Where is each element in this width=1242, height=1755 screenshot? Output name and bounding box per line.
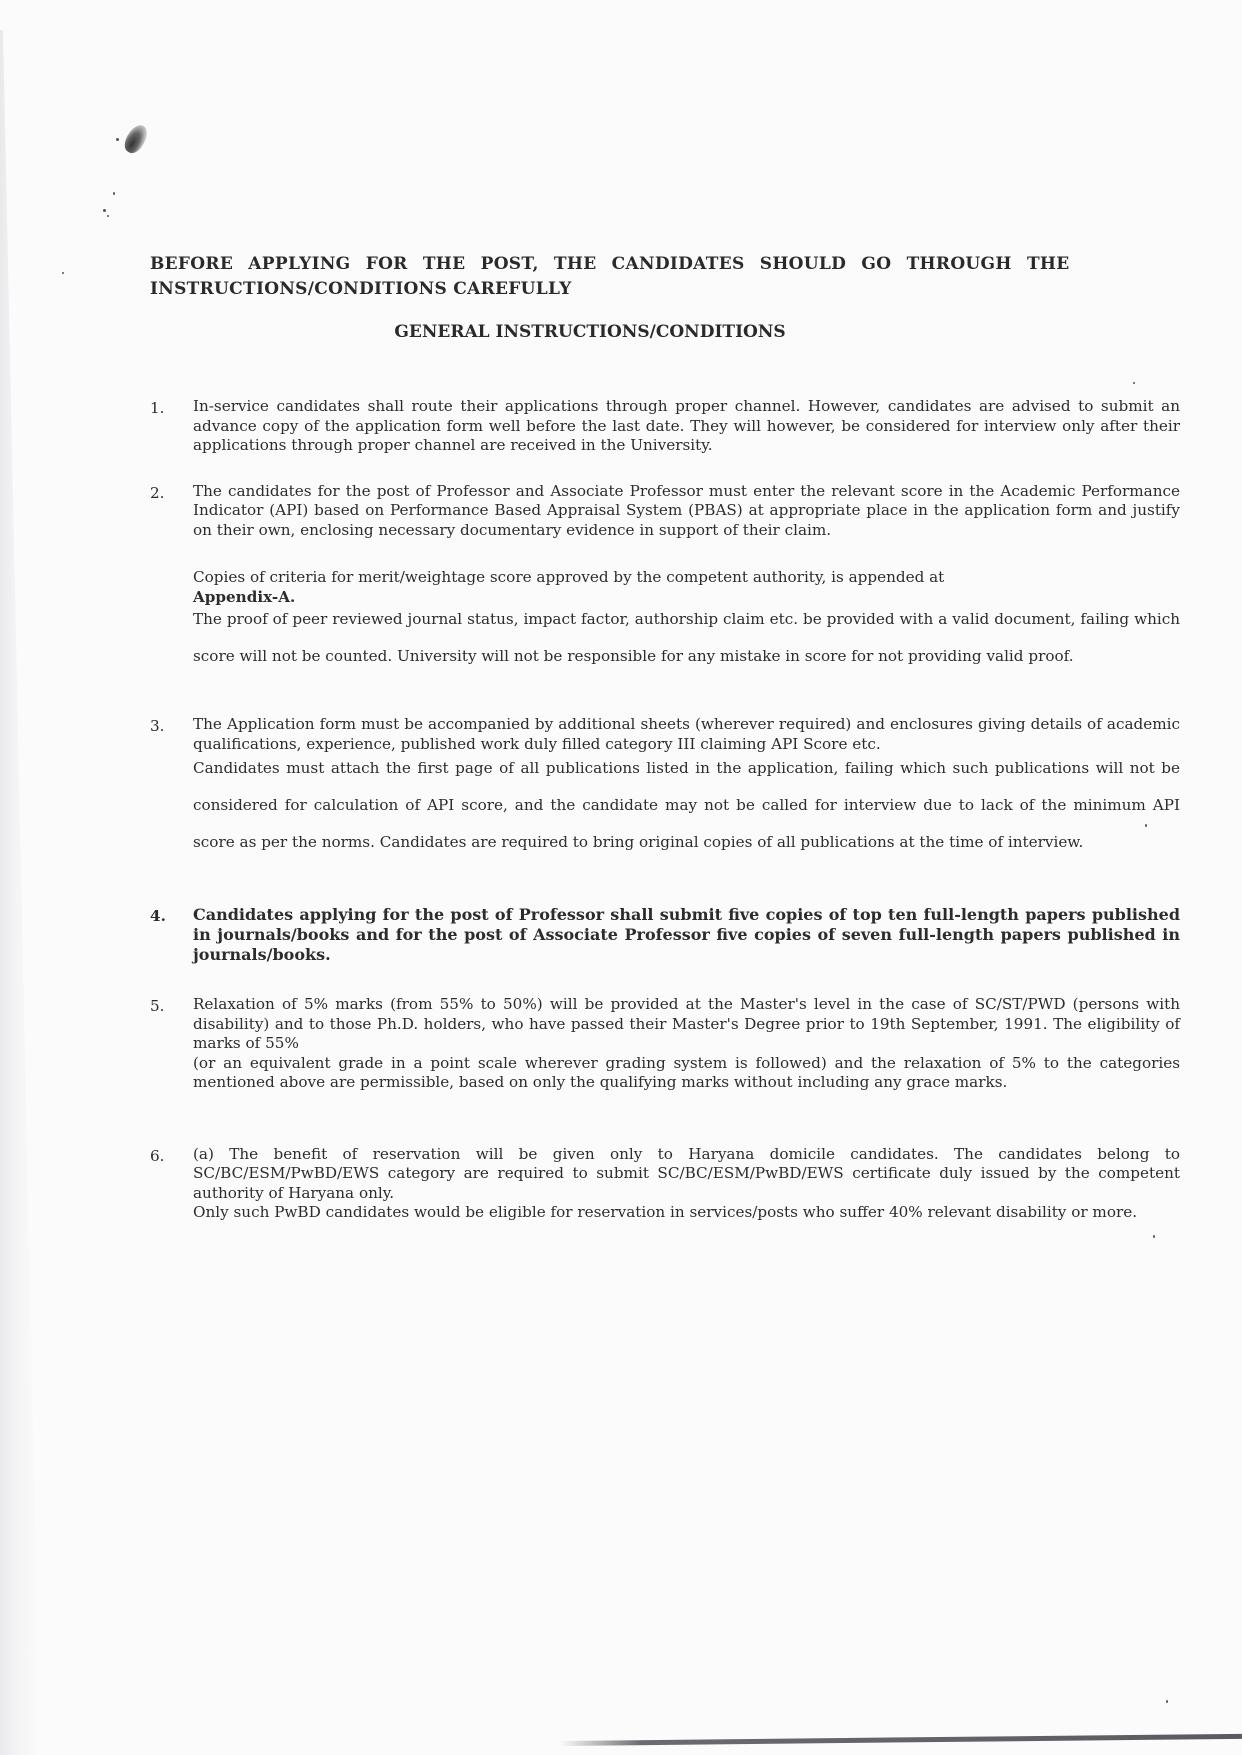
item-text-publications: Candidates must attach the first page of… [193,750,1180,861]
item-text: (a) The benefit of reservation will be g… [193,1145,1180,1204]
instruction-item-3: 3. The Application form must be accompan… [150,715,1180,861]
item-text: Candidates applying for the post of Prof… [193,905,1180,965]
ink-speck [107,215,109,217]
instruction-item-4: 4. Candidates applying for the post of P… [150,905,1180,965]
main-heading-line-1: BEFORE APPLYING FOR THE POST, THE CANDID… [150,254,1070,274]
item-number: 3. [150,717,165,737]
ink-speck [1153,1235,1155,1238]
item-number: 2. [150,484,165,504]
main-heading: BEFORE APPLYING FOR THE POST, THE CANDID… [150,252,1130,302]
instruction-item-2: 2. The candidates for the post of Profes… [150,482,1180,676]
ink-smudge [121,122,152,157]
main-heading-line-2: INSTRUCTIONS/CONDITIONS CAREFULLY [150,279,572,299]
ink-speck [62,272,64,274]
instruction-list: 1. In-service candidates shall route the… [150,397,1180,1223]
instruction-item-1: 1. In-service candidates shall route the… [150,397,1180,456]
item-number: 5. [150,997,165,1017]
ink-speck [103,209,106,212]
ink-speck [113,192,115,195]
item-text-proof: The proof of peer reviewed journal statu… [193,601,1180,675]
item-text: Relaxation of 5% marks (from 55% to 50%)… [193,995,1180,1054]
scan-shadow-left [0,0,40,1755]
item-text-pwbd: Only such PwBD candidates would be eligi… [193,1203,1180,1223]
item-text-criteria: Copies of criteria for merit/weightage s… [193,568,1180,588]
item-text: The Application form must be accompanied… [193,715,1180,754]
scan-edge-bottom [560,1734,1242,1746]
instruction-item-5: 5. Relaxation of 5% marks (from 55% to 5… [150,995,1180,1093]
item-number: 6. [150,1147,165,1167]
ink-speck [1166,1700,1168,1703]
item-number: 1. [150,399,165,419]
instruction-item-6: 6. (a) The benefit of reservation will b… [150,1145,1180,1223]
item-text: In-service candidates shall route their … [193,397,1180,456]
document-content: BEFORE APPLYING FOR THE POST, THE CANDID… [150,252,1180,1223]
ink-speck [116,138,119,141]
section-heading: GENERAL INSTRUCTIONS/CONDITIONS [150,322,1030,342]
item-text-continued: (or an equivalent grade in a point scale… [193,1054,1180,1093]
item-text: The candidates for the post of Professor… [193,482,1180,541]
item-number: 4. [150,907,166,927]
